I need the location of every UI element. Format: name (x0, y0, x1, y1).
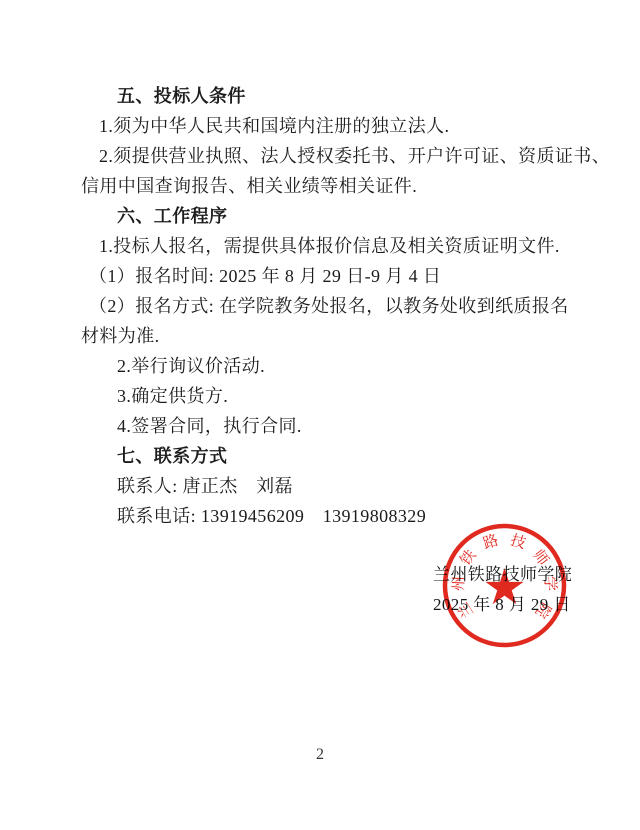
seal-arc-char: 路 (481, 532, 500, 553)
signature-org: 兰州铁路技师学院 (433, 560, 572, 590)
seal-arc-char: 技 (508, 532, 527, 553)
text-line: 2.须提供营业执照、法人授权委托书、开户许可证、资质证书、 (81, 141, 565, 171)
text-line: （2）报名方式: 在学院教务处报名，以教务处收到纸质报名 (81, 291, 565, 321)
text-line: 信用中国查询报告、相关业绩等相关证件. (81, 171, 565, 201)
signature-date: 2025 年 8 月 29 日 (433, 590, 572, 620)
text-line: 1.投标人报名，需提供具体报价信息及相关资质证明文件. (81, 231, 565, 261)
text-line: 联系人: 唐正杰 刘磊 (81, 471, 565, 501)
document-page: 五、投标人条件1.须为中华人民共和国境内注册的独立法人.2.须提供营业执照、法人… (0, 0, 640, 830)
text-line: 联系电话: 13919456209 13919808329 (81, 501, 565, 531)
text-line: 1.须为中华人民共和国境内注册的独立法人. (81, 111, 565, 141)
text-line: 3.确定供货方. (81, 381, 565, 411)
text-line: 七、联系方式 (81, 441, 565, 471)
text-line: 五、投标人条件 (81, 81, 565, 111)
signature-block: 兰州铁路技师学院 2025 年 8 月 29 日 (433, 560, 572, 620)
text-line: （1）报名时间: 2025 年 8 月 29 日-9 月 4 日 (81, 261, 565, 291)
page-number: 2 (0, 746, 640, 764)
text-line: 六、工作程序 (81, 201, 565, 231)
text-line: 4.签署合同，执行合同. (81, 411, 565, 441)
text-line: 材料为准. (81, 321, 565, 351)
text-line: 2.举行询议价活动. (81, 351, 565, 381)
document-body: 五、投标人条件1.须为中华人民共和国境内注册的独立法人.2.须提供营业执照、法人… (81, 81, 565, 531)
